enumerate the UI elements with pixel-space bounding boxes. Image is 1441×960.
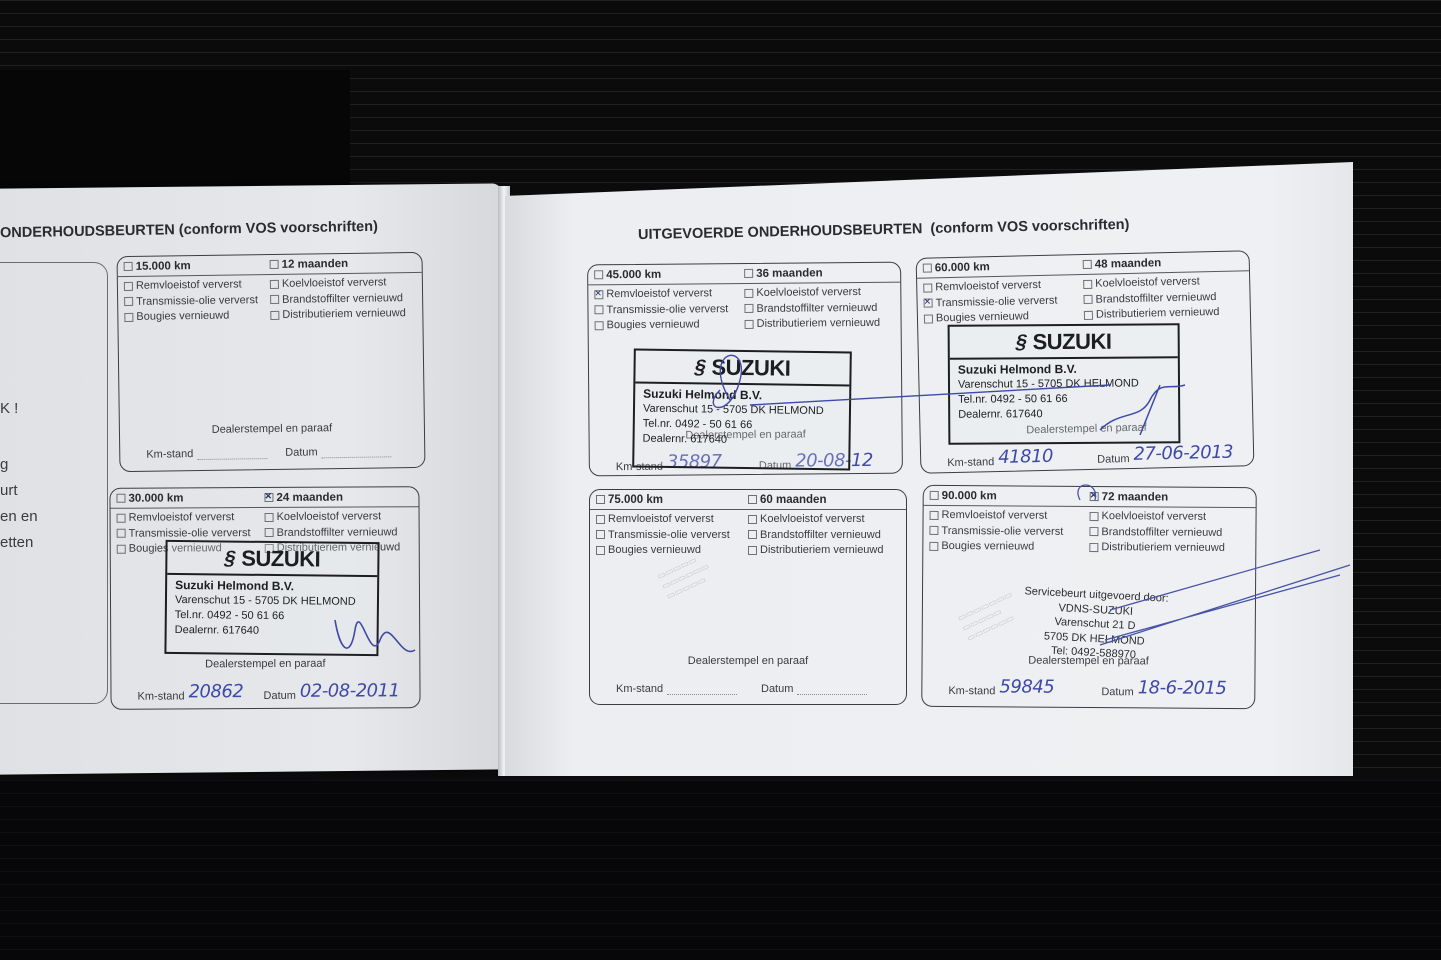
datum-label: Datum	[285, 446, 318, 458]
datum-value: 02-08-2011	[300, 680, 400, 702]
checklist-label: Brandstoffilter vernieuwd	[756, 302, 877, 315]
checklist-label: Koelvloeistof ververst	[756, 286, 861, 299]
intro-text: etten	[0, 534, 33, 551]
checkbox[interactable]	[265, 528, 274, 537]
checklist-label: Bougies vernieuwd	[607, 319, 700, 332]
datum-label: Datum	[1101, 686, 1133, 698]
service-checklist: Remvloeistof ververstTransmissie-olie ve…	[588, 282, 900, 335]
checklist-label: Bougies vernieuwd	[608, 544, 701, 556]
background-shadow	[0, 780, 1441, 960]
service-checklist: Remvloeistof ververstTransmissie-olie ve…	[917, 271, 1250, 329]
intro-text: en en	[0, 508, 38, 525]
checklist-item[interactable]: Distributieriem vernieuwd	[270, 305, 416, 323]
card-footer: Km-stand20862Datum02-08-2011	[137, 680, 399, 702]
service-card-75000: 75.000 km60 maandenRemvloeistof ververst…	[589, 489, 907, 705]
km-stand-value: 59845	[999, 676, 1054, 697]
checklist-item[interactable]: Brandstoffilter vernieuwd	[265, 524, 413, 540]
checkbox-km[interactable]	[594, 270, 603, 279]
checklist-label: Remvloeistof ververst	[608, 513, 714, 525]
datum-value: 18-6-2015	[1138, 677, 1227, 699]
checklist-label: Brandstoffilter vernieuwd	[282, 292, 403, 306]
checklist-label: Koelvloeistof ververst	[760, 513, 865, 525]
service-interval-header: 30.000 km24 maanden	[110, 487, 418, 508]
checkbox[interactable]	[1083, 295, 1092, 304]
checkbox-km[interactable]	[116, 494, 125, 503]
checklist-item[interactable]: Distributieriem vernieuwd	[1084, 304, 1244, 323]
checkbox[interactable]	[270, 280, 279, 289]
checkbox[interactable]	[596, 515, 605, 524]
dealer-stamp-label: Dealerstempel en paraaf	[590, 655, 906, 667]
checklist-item[interactable]: Bougies vernieuwd	[595, 317, 745, 334]
checklist-item[interactable]: Koelvloeistof ververst	[748, 512, 900, 528]
interval-km: 90.000 km	[942, 490, 997, 502]
interval-km: 60.000 km	[935, 261, 990, 274]
service-checklist: Remvloeistof ververstTransmissie-olie ve…	[118, 272, 423, 327]
checklist-label: Brandstoffilter vernieuwd	[1095, 291, 1216, 306]
checklist-label: Remvloeistof ververst	[606, 288, 712, 301]
checklist-item[interactable]: Distributieriem vernieuwd	[748, 543, 900, 559]
checkbox[interactable]	[929, 526, 938, 535]
km-stand-blank[interactable]	[667, 694, 737, 695]
checklist-label: Koelvloeistof ververst	[277, 511, 382, 524]
checkbox[interactable]	[744, 304, 753, 313]
interval-months: 48 maanden	[1095, 257, 1162, 271]
checkbox-months[interactable]	[1083, 260, 1092, 269]
suzuki-logo-icon: §	[222, 547, 238, 570]
checkbox[interactable]	[748, 530, 757, 539]
checklist-label: Remvloeistof ververst	[942, 509, 1048, 522]
checklist-item[interactable]: Transmissie-olie ververst	[117, 525, 265, 541]
checkbox-months[interactable]	[270, 260, 279, 269]
checkbox-km[interactable]	[923, 264, 932, 273]
checkbox[interactable]	[596, 530, 605, 539]
checkbox[interactable]	[117, 544, 126, 553]
card-footer: Km-standDatum	[146, 445, 404, 461]
checklist-item[interactable]: Transmissie-olie ververst	[596, 527, 748, 543]
interval-km: 15.000 km	[136, 260, 191, 273]
card-footer: Km-stand41810Datum27-06-2013	[947, 442, 1233, 469]
checklist-label: Bougies vernieuwd	[936, 311, 1029, 325]
checkbox[interactable]	[929, 542, 938, 551]
checkbox[interactable]	[596, 546, 605, 555]
checkbox[interactable]	[930, 511, 939, 520]
datum-blank[interactable]	[322, 456, 392, 458]
checkbox[interactable]	[270, 311, 279, 320]
service-card-15000: 15.000 km12 maandenRemvloeistof ververst…	[117, 252, 426, 472]
service-checklist: Remvloeistof ververstTransmissie-olie ve…	[590, 510, 906, 561]
checklist-label: Transmissie-olie ververst	[608, 529, 730, 541]
checklist-label: Distributieriem vernieuwd	[1096, 306, 1220, 321]
checkbox[interactable]	[748, 515, 757, 524]
checklist-label: Distributieriem vernieuwd	[757, 317, 881, 330]
checklist-label: Distributieriem vernieuwd	[282, 307, 406, 321]
checklist-label: Bougies vernieuwd	[941, 540, 1034, 553]
intro-text: K !	[0, 400, 18, 417]
checklist-label: Koelvloeistof ververst	[1095, 276, 1200, 290]
checkbox-km[interactable]	[124, 262, 133, 271]
interval-km: 75.000 km	[608, 494, 663, 506]
checklist-item[interactable]: Remvloeistof ververst	[594, 286, 744, 303]
service-interval-header: 75.000 km60 maanden	[590, 490, 906, 510]
checkbox-months[interactable]	[744, 269, 753, 278]
interval-months: 36 maanden	[756, 267, 823, 280]
checkbox[interactable]	[744, 289, 753, 298]
checkbox[interactable]	[595, 321, 604, 330]
checkbox-months[interactable]	[748, 495, 757, 504]
checklist-label: Brandstoffilter vernieuwd	[277, 526, 398, 539]
checklist-item[interactable]: Koelvloeistof ververst	[744, 284, 894, 301]
checklist-item[interactable]: Bougies vernieuwd	[596, 543, 748, 559]
checkbox[interactable]	[924, 314, 933, 323]
checkbox[interactable]	[124, 313, 133, 322]
checklist-label: Transmissie-olie ververst	[136, 294, 258, 308]
checkbox[interactable]	[117, 529, 126, 538]
checklist-item[interactable]: Transmissie-olie ververst	[594, 301, 744, 318]
datum-value: 27-06-2013	[1133, 442, 1233, 465]
km-stand-value: 20862	[189, 681, 244, 702]
checkbox[interactable]	[117, 513, 126, 522]
signature-scribble	[660, 340, 1120, 430]
checklist-label: Brandstoffilter vernieuwd	[760, 529, 881, 541]
checkbox-km[interactable]	[930, 491, 939, 500]
checklist-item[interactable]: Koelvloeistof ververst	[265, 509, 413, 525]
interval-km: 30.000 km	[128, 492, 183, 504]
datum-blank[interactable]	[797, 694, 867, 695]
intro-text: g	[0, 456, 8, 473]
checklist-label: Remvloeistof ververst	[129, 511, 235, 524]
interval-km: 45.000 km	[606, 268, 661, 280]
checklist-item[interactable]: Remvloeistof ververst	[117, 510, 265, 526]
km-stand-label: Km-stand	[616, 683, 663, 695]
km-stand-label: Km-stand	[137, 690, 184, 702]
checklist-label: Transmissie-olie ververst	[935, 294, 1057, 309]
interval-months: 60 maanden	[760, 494, 826, 506]
checklist-label: Bougies vernieuwd	[136, 310, 229, 323]
interval-months: 24 maanden	[276, 491, 343, 503]
km-stand-label: Km-stand	[146, 448, 193, 461]
checklist-item[interactable]: Distributieriem vernieuwd	[745, 315, 895, 332]
signature-scribble	[1060, 480, 1360, 650]
datum-label: Datum	[761, 683, 793, 695]
signature-scribble	[1080, 380, 1190, 440]
checklist-label: Koelvloeistof ververst	[282, 277, 387, 290]
checklist-item[interactable]: Bougies vernieuwd	[124, 308, 270, 326]
stamp-dealer-number: Dealernr. 617640	[642, 432, 840, 450]
checklist-item[interactable]: Brandstoffilter vernieuwd	[748, 527, 900, 543]
service-interval-header: 45.000 km36 maanden	[588, 263, 900, 285]
checkbox[interactable]	[594, 305, 603, 314]
checkbox[interactable]	[748, 546, 757, 555]
stamp-brand: SUZUKI	[241, 546, 320, 573]
checklist-label: Transmissie-olie ververst	[941, 525, 1063, 538]
checklist-label: Remvloeistof ververst	[136, 279, 242, 292]
dealer-stamp-label: Dealerstempel en paraaf	[120, 421, 424, 437]
checklist-label: Transmissie-olie ververst	[129, 527, 251, 540]
intro-text: urt	[0, 482, 18, 499]
checkbox-km[interactable]	[596, 495, 605, 504]
checklist-label: Transmissie-olie ververst	[606, 303, 728, 316]
checkbox[interactable]	[745, 320, 754, 329]
checkbox[interactable]	[124, 282, 133, 291]
card-footer: Km-stand59845Datum18-6-2015	[948, 676, 1234, 699]
datum-label: Datum	[1097, 453, 1130, 466]
checklist-label: Remvloeistof ververst	[935, 279, 1041, 293]
datum-label: Datum	[263, 690, 295, 702]
background-shadow	[0, 70, 350, 190]
checkbox[interactable]	[924, 299, 933, 308]
checkbox[interactable]	[923, 283, 932, 292]
signature-scribble	[330, 610, 420, 670]
checkbox[interactable]	[124, 297, 133, 306]
interval-months: 12 maanden	[282, 258, 349, 271]
km-stand-value: 41810	[998, 446, 1053, 468]
checkbox[interactable]	[594, 290, 603, 299]
checkbox[interactable]	[265, 513, 274, 522]
checklist-item[interactable]: Remvloeistof ververst	[596, 512, 748, 528]
heading-text: ONDERHOUDSBEURTEN	[0, 222, 175, 241]
checkbox[interactable]	[1083, 280, 1092, 289]
checkbox[interactable]	[1084, 311, 1093, 320]
checklist-item[interactable]: Brandstoffilter vernieuwd	[744, 300, 894, 317]
km-stand-label: Km-stand	[948, 685, 995, 697]
checklist-label: Distributieriem vernieuwd	[760, 544, 884, 556]
checkbox-months[interactable]	[264, 493, 273, 502]
km-stand-blank[interactable]	[197, 458, 267, 460]
card-footer: Km-standDatum	[616, 683, 886, 695]
checkbox[interactable]	[270, 295, 279, 304]
km-stand-label: Km-stand	[947, 456, 994, 469]
